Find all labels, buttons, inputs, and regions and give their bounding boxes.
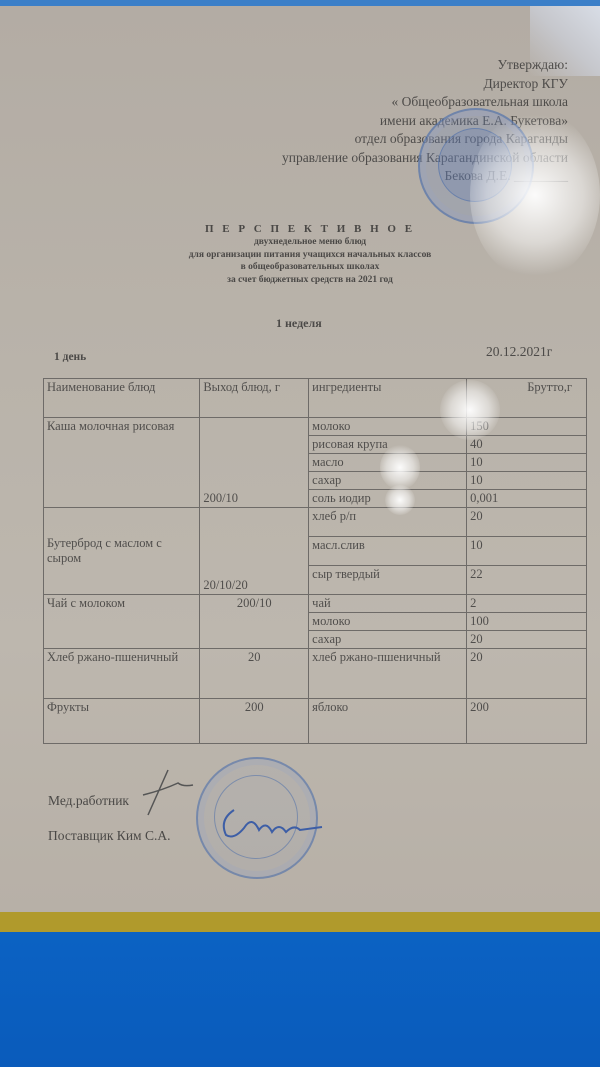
ingredient-gross: 20 [467, 631, 587, 649]
table-row: Бутерброд с маслом с сыром 20/10/20 хлеб… [44, 508, 587, 537]
table-row: Хлеб ржано-пшеничный 20 хлеб ржано-пшени… [44, 649, 587, 699]
wall-yellow-stripe [0, 912, 600, 932]
approval-line: « Общеобразовательная школа [282, 93, 568, 112]
medic-signature-icon [138, 765, 198, 820]
ingredient-name: сахар [309, 631, 467, 649]
table-row: Фрукты 200 яблоко 200 [44, 699, 587, 744]
ingredient-gross: 2 [467, 595, 587, 613]
ingredient-name: масл.слив [309, 537, 467, 566]
dish-name: Чай с молоком [44, 595, 200, 649]
light-glare [440, 380, 500, 440]
ingredient-gross: 10 [467, 537, 587, 566]
approval-line: Утверждаю: [282, 56, 568, 75]
ingredient-name: чай [309, 595, 467, 613]
dish-yield: 200/10 [200, 418, 309, 508]
supplier-signature-icon [214, 800, 324, 845]
table-row: Каша молочная рисовая 200/10 молоко 150 [44, 418, 587, 436]
dish-yield: 200 [200, 699, 309, 744]
document-title: П Е Р С П Е К Т И В Н О Е двухнедельное … [120, 222, 500, 286]
title-line: для организации питания учащихся начальн… [120, 249, 500, 262]
ingredient-gross: 10 [467, 472, 587, 490]
header-yield: Выход блюд, г [200, 379, 309, 418]
dish-name: Хлеб ржано-пшеничный [44, 649, 200, 699]
approval-line: Директор КГУ [282, 75, 568, 94]
ingredient-gross: 10 [467, 454, 587, 472]
ingredient-name: хлеб р/п [309, 508, 467, 537]
dish-name: Бутерброд с маслом с сыром [44, 508, 200, 595]
dish-name: Фрукты [44, 699, 200, 744]
ingredient-name: сыр твердый [309, 566, 467, 595]
dish-name: Каша молочная рисовая [44, 418, 200, 508]
dish-yield: 20/10/20 [200, 508, 309, 595]
ingredient-gross: 20 [467, 508, 587, 537]
title-line: двухнедельное меню блюд [120, 236, 500, 249]
light-glare [385, 485, 415, 515]
medic-signature-label: Мед.работник [48, 793, 129, 809]
ingredient-gross: 22 [467, 566, 587, 595]
table-row: Чай с молоком 200/10 чай 2 [44, 595, 587, 613]
day-label: 1 день [54, 351, 86, 363]
week-label: 1 неделя [276, 316, 322, 331]
title-heading: П Е Р С П Е К Т И В Н О Е [120, 222, 500, 236]
header-dish-name: Наименование блюд [44, 379, 200, 418]
dish-yield: 200/10 [200, 595, 309, 649]
ingredient-gross: 20 [467, 649, 587, 699]
ingredient-gross: 100 [467, 613, 587, 631]
ingredient-gross: 40 [467, 436, 587, 454]
table-header-row: Наименование блюд Выход блюд, г ингредие… [44, 379, 587, 418]
wall-blue-area [0, 932, 600, 1067]
title-line: за счет бюджетных средств на 2021 год [120, 274, 500, 287]
menu-table: Наименование блюд Выход блюд, г ингредие… [43, 378, 587, 744]
title-line: в общеобразовательных школах [120, 261, 500, 274]
dish-yield: 20 [200, 649, 309, 699]
supplier-signature-label: Поставщик Ким С.А. [48, 828, 170, 844]
ingredient-name: молоко [309, 613, 467, 631]
ingredient-name: хлеб ржано-пшеничный [309, 649, 467, 699]
light-glare [380, 445, 420, 490]
ingredient-gross: 200 [467, 699, 587, 744]
menu-date: 20.12.2021г [486, 344, 552, 360]
ingredient-name: яблоко [309, 699, 467, 744]
ingredient-gross: 0,001 [467, 490, 587, 508]
